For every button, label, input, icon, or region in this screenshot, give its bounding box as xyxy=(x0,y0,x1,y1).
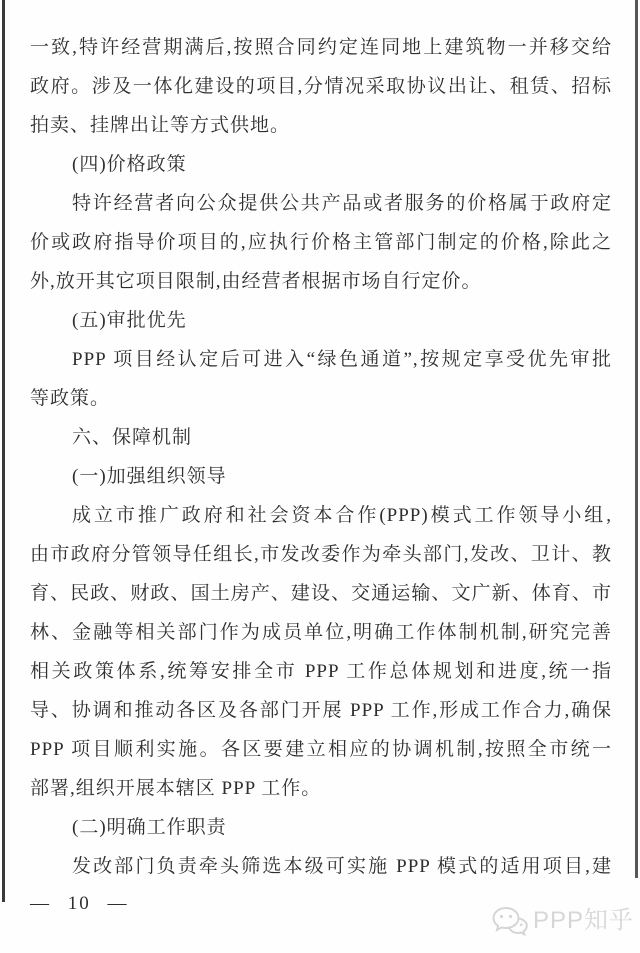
watermark: PPP知乎 xyxy=(490,904,634,938)
watermark-label: PPP知乎 xyxy=(533,904,634,938)
text-line: 价或政府指导价项目的,应执行价格主管部门制定的价格,除此之 xyxy=(30,223,612,262)
text-line: 六、保障机制 xyxy=(30,418,612,457)
text-line: 林、金融等相关部门作为成员单位,明确工作体制机制,研究完善 xyxy=(30,613,612,652)
text-line: (五)审批优先 xyxy=(30,301,612,340)
text-line: 外,放开其它项目限制,由经营者根据市场自行定价。 xyxy=(30,262,612,301)
text-line: PPP 项目经认定后可进入“绿色通道”,按规定享受优先审批 xyxy=(30,340,612,379)
text-line: (一)加强组织领导 xyxy=(30,457,612,496)
text-line: 成立市推广政府和社会资本合作(PPP)模式工作领导小组, xyxy=(30,496,612,535)
page-number: — 10 — xyxy=(30,893,129,914)
document-body: 一致,特许经营期满后,按照合同约定连同地上建筑物一并移交给政府。涉及一体化建设的… xyxy=(30,28,612,886)
wechat-icon xyxy=(490,904,530,938)
text-line: 拍卖、挂牌出让等方式供地。 xyxy=(30,106,612,145)
text-line: 育、民政、财政、国土房产、建设、交通运输、文广新、体育、市政园 xyxy=(30,574,612,613)
text-line: 导、协调和推动各区及各部门开展 PPP 工作,形成工作合力,确保 xyxy=(30,691,612,730)
left-scan-edge xyxy=(2,0,5,902)
text-line: 部署,组织开展本辖区 PPP 工作。 xyxy=(30,769,612,808)
text-line: (四)价格政策 xyxy=(30,145,612,184)
text-line: 特许经营者向公众提供公共产品或者服务的价格属于政府定 xyxy=(30,184,612,223)
text-line: 发改部门负责牵头筛选本级可实施 PPP 模式的适用项目,建 xyxy=(30,847,612,886)
right-scan-edge xyxy=(635,0,638,878)
page-footer: — 10 — xyxy=(30,891,129,917)
text-line: 等政策。 xyxy=(30,379,612,418)
text-line: 由市政府分管领导任组长,市发改委作为牵头部门,发改、卫计、教 xyxy=(30,535,612,574)
text-line: 政府。涉及一体化建设的项目,分情况采取协议出让、租赁、招标 xyxy=(30,67,612,106)
text-line: PPP 项目顺利实施。各区要建立相应的协调机制,按照全市统一 xyxy=(30,730,612,769)
text-line: 一致,特许经营期满后,按照合同约定连同地上建筑物一并移交给 xyxy=(30,28,612,67)
text-line: 相关政策体系,统筹安排全市 PPP 工作总体规划和进度,统一指 xyxy=(30,652,612,691)
document-page: 一致,特许经营期满后,按照合同约定连同地上建筑物一并移交给政府。涉及一体化建设的… xyxy=(0,0,640,953)
text-line: (二)明确工作职责 xyxy=(30,808,612,847)
